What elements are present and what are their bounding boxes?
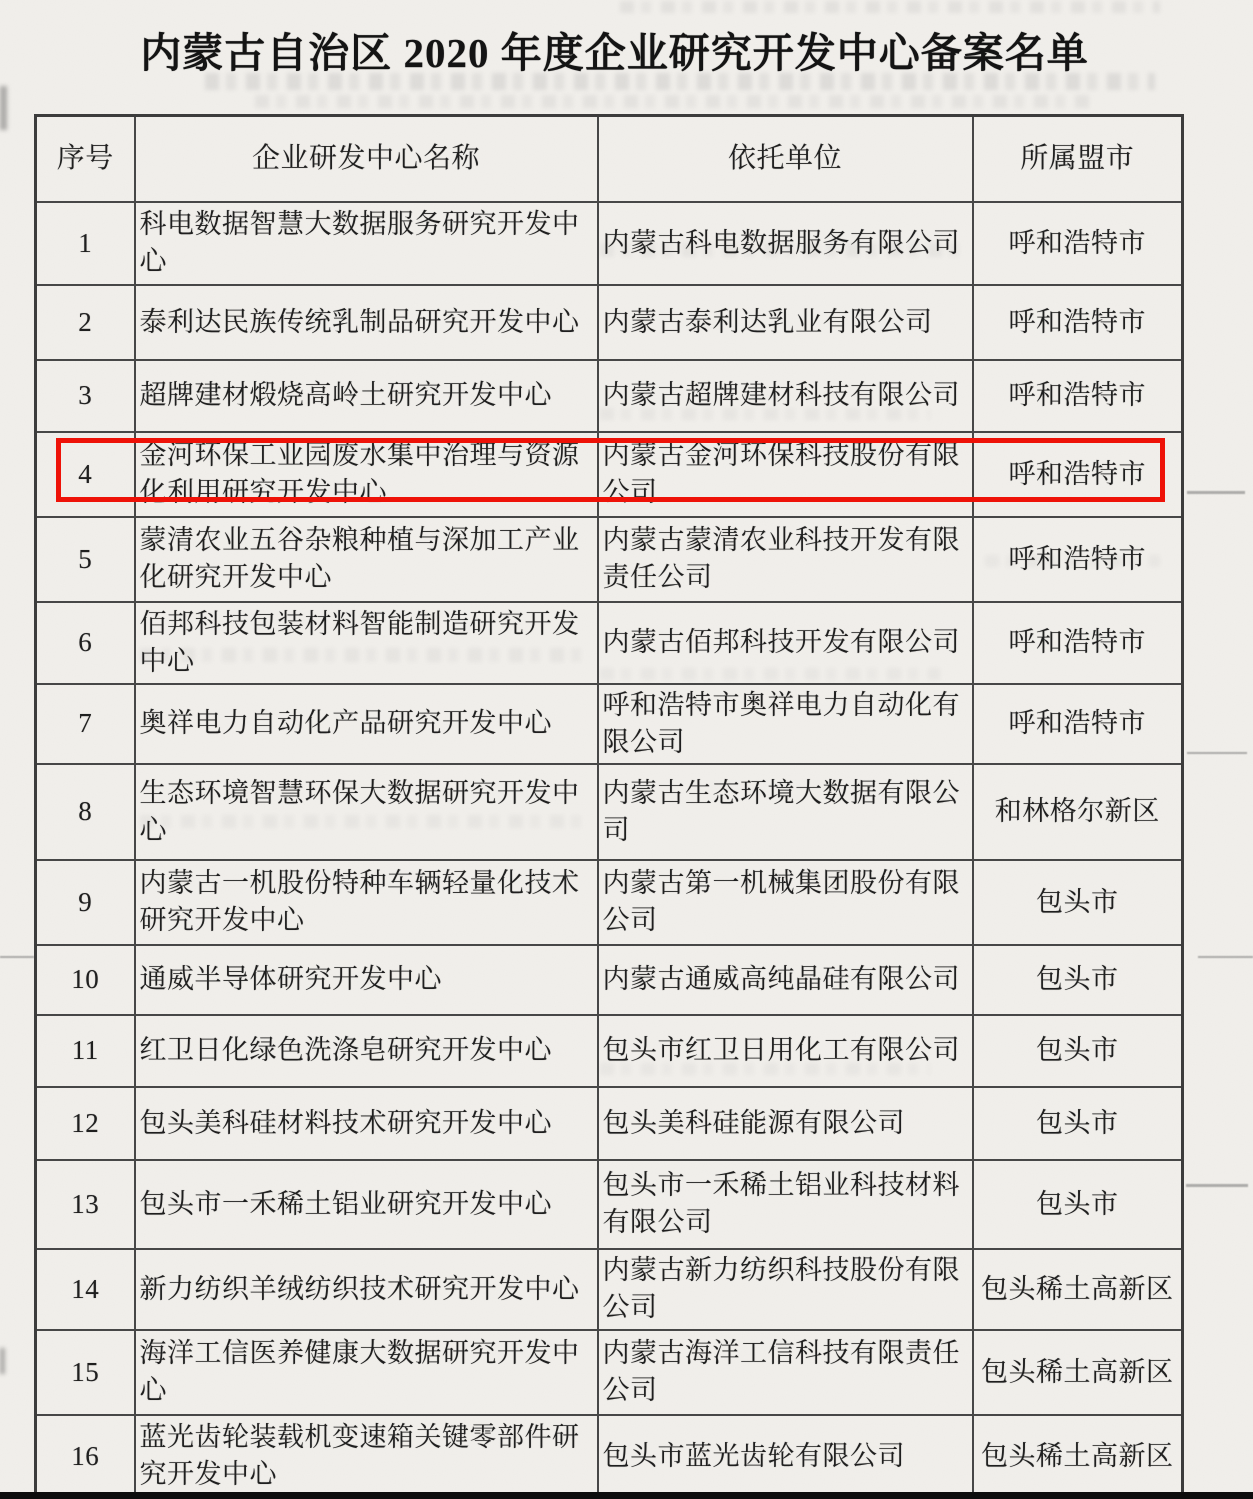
- row-number-cell: 13: [36, 1160, 135, 1249]
- table-row: 9内蒙古一机股份特种车辆轻量化技术研究开发中心内蒙古第一机械集团股份有限公司包头…: [36, 860, 1183, 945]
- league-city-cell: 包头市: [973, 860, 1183, 945]
- center-name-cell: 奥祥电力自动化产品研究开发中心: [135, 684, 598, 764]
- table-row: 3超牌建材煅烧高岭土研究开发中心内蒙古超牌建材科技有限公司呼和浩特市: [36, 360, 1183, 432]
- league-city-cell: 包头市: [973, 1087, 1183, 1160]
- league-city-cell: 呼和浩特市: [973, 285, 1183, 360]
- league-city-cell: 包头市: [973, 1160, 1183, 1249]
- row-number-cell: 9: [36, 860, 135, 945]
- table-row: 12包头美科硅材料技术研究开发中心包头美科硅能源有限公司包头市: [36, 1087, 1183, 1160]
- league-city-cell: 呼和浩特市: [973, 202, 1183, 285]
- bleedthrough-text-smear: [620, 1, 1160, 13]
- row-number-cell: 6: [36, 602, 135, 684]
- scan-line-artifact: [1198, 956, 1253, 958]
- supporting-unit-cell: 内蒙古生态环境大数据有限公司: [598, 764, 973, 860]
- center-name-cell: 红卫日化绿色洗涤皂研究开发中心: [135, 1015, 598, 1087]
- league-city-cell: 包头市: [973, 945, 1183, 1015]
- center-name-cell: 通威半导体研究开发中心: [135, 945, 598, 1015]
- bleedthrough-text-smear: [255, 95, 1095, 108]
- row-number-cell: 1: [36, 202, 135, 285]
- table-row: 1科电数据智慧大数据服务研究开发中心内蒙古科电数据服务有限公司呼和浩特市: [36, 202, 1183, 285]
- supporting-unit-cell: 内蒙古金河环保科技股份有限公司: [598, 432, 973, 517]
- center-name-cell: 蒙清农业五谷杂粮种植与深加工产业化研究开发中心: [135, 517, 598, 602]
- league-city-cell: 包头稀土高新区: [973, 1330, 1183, 1415]
- row-number-cell: 16: [36, 1415, 135, 1499]
- center-name-cell: 超牌建材煅烧高岭土研究开发中心: [135, 360, 598, 432]
- league-city-cell: 呼和浩特市: [973, 517, 1183, 602]
- supporting-unit-cell: 内蒙古泰利达乳业有限公司: [598, 285, 973, 360]
- supporting-unit-cell: 呼和浩特市奥祥电力自动化有限公司: [598, 684, 973, 764]
- scanned-document-page: 内蒙古自治区 2020 年度企业研究开发中心备案名单 序号 企业研发中心名称 依…: [0, 0, 1253, 1499]
- center-name-cell: 新力纺织羊绒纺织技术研究开发中心: [135, 1249, 598, 1330]
- supporting-unit-cell: 内蒙古蒙清农业科技开发有限责任公司: [598, 517, 973, 602]
- league-city-cell: 包头市: [973, 1015, 1183, 1087]
- col-header-index: 序号: [36, 116, 135, 202]
- edge-smudge-artifact: [0, 86, 7, 130]
- league-city-cell: 包头稀土高新区: [973, 1415, 1183, 1499]
- table-row: 13包头市一禾稀土铝业研究开发中心包头市一禾稀土铝业科技材料有限公司包头市: [36, 1160, 1183, 1249]
- supporting-unit-cell: 内蒙古科电数据服务有限公司: [598, 202, 973, 285]
- center-name-cell: 海洋工信医养健康大数据研究开发中心: [135, 1330, 598, 1415]
- table-row: 10通威半导体研究开发中心内蒙古通威高纯晶硅有限公司包头市: [36, 945, 1183, 1015]
- center-name-cell: 内蒙古一机股份特种车辆轻量化技术研究开发中心: [135, 860, 598, 945]
- table-row: 2泰利达民族传统乳制品研究开发中心内蒙古泰利达乳业有限公司呼和浩特市: [36, 285, 1183, 360]
- rd-center-table: 序号 企业研发中心名称 依托单位 所属盟市 1科电数据智慧大数据服务研究开发中心…: [34, 114, 1184, 1499]
- center-name-cell: 包头市一禾稀土铝业研究开发中心: [135, 1160, 598, 1249]
- table-row: 15海洋工信医养健康大数据研究开发中心内蒙古海洋工信科技有限责任公司包头稀土高新…: [36, 1330, 1183, 1415]
- supporting-unit-cell: 包头市一禾稀土铝业科技材料有限公司: [598, 1160, 973, 1249]
- center-name-cell: 佰邦科技包装材料智能制造研究开发中心: [135, 602, 598, 684]
- scan-line-artifact: [1187, 491, 1245, 494]
- league-city-cell: 呼和浩特市: [973, 360, 1183, 432]
- col-header-league-city: 所属盟市: [973, 116, 1183, 202]
- scan-line-artifact: [1187, 752, 1247, 754]
- supporting-unit-cell: 包头美科硅能源有限公司: [598, 1087, 973, 1160]
- league-city-cell: 包头稀土高新区: [973, 1249, 1183, 1330]
- row-number-cell: 12: [36, 1087, 135, 1160]
- col-header-supporting-unit: 依托单位: [598, 116, 973, 202]
- table-row: 16蓝光齿轮装载机变速箱关键零部件研究开发中心包头市蓝光齿轮有限公司包头稀土高新…: [36, 1415, 1183, 1499]
- row-number-cell: 8: [36, 764, 135, 860]
- table-row: 4金河环保工业园废水集中治理与资源化利用研究开发中心内蒙古金河环保科技股份有限公…: [36, 432, 1183, 517]
- center-name-cell: 泰利达民族传统乳制品研究开发中心: [135, 285, 598, 360]
- table-row: 14新力纺织羊绒纺织技术研究开发中心内蒙古新力纺织科技股份有限公司包头稀土高新区: [36, 1249, 1183, 1330]
- row-number-cell: 10: [36, 945, 135, 1015]
- supporting-unit-cell: 内蒙古通威高纯晶硅有限公司: [598, 945, 973, 1015]
- league-city-cell: 和林格尔新区: [973, 764, 1183, 860]
- supporting-unit-cell: 内蒙古超牌建材科技有限公司: [598, 360, 973, 432]
- scan-edge-bottom: [0, 1492, 1253, 1499]
- table-row: 7奥祥电力自动化产品研究开发中心呼和浩特市奥祥电力自动化有限公司呼和浩特市: [36, 684, 1183, 764]
- center-name-cell: 金河环保工业园废水集中治理与资源化利用研究开发中心: [135, 432, 598, 517]
- row-number-cell: 14: [36, 1249, 135, 1330]
- row-number-cell: 11: [36, 1015, 135, 1087]
- table-row: 8生态环境智慧环保大数据研究开发中心内蒙古生态环境大数据有限公司和林格尔新区: [36, 764, 1183, 860]
- row-number-cell: 2: [36, 285, 135, 360]
- page-title: 内蒙古自治区 2020 年度企业研究开发中心备案名单: [0, 20, 1241, 79]
- table-row: 11红卫日化绿色洗涤皂研究开发中心包头市红卫日用化工有限公司包头市: [36, 1015, 1183, 1087]
- scan-line-artifact: [1186, 1184, 1248, 1187]
- supporting-unit-cell: 内蒙古第一机械集团股份有限公司: [598, 860, 973, 945]
- scan-line-artifact: [0, 956, 34, 958]
- supporting-unit-cell: 包头市红卫日用化工有限公司: [598, 1015, 973, 1087]
- league-city-cell: 呼和浩特市: [973, 602, 1183, 684]
- row-number-cell: 3: [36, 360, 135, 432]
- league-city-cell: 呼和浩特市: [973, 684, 1183, 764]
- edge-smudge-artifact: [0, 1348, 5, 1374]
- row-number-cell: 7: [36, 684, 135, 764]
- center-name-cell: 科电数据智慧大数据服务研究开发中心: [135, 202, 598, 285]
- header-row: 序号 企业研发中心名称 依托单位 所属盟市: [36, 116, 1183, 202]
- col-header-center-name: 企业研发中心名称: [135, 116, 598, 202]
- center-name-cell: 包头美科硅材料技术研究开发中心: [135, 1087, 598, 1160]
- supporting-unit-cell: 内蒙古海洋工信科技有限责任公司: [598, 1330, 973, 1415]
- table-row: 5蒙清农业五谷杂粮种植与深加工产业化研究开发中心内蒙古蒙清农业科技开发有限责任公…: [36, 517, 1183, 602]
- league-city-cell: 呼和浩特市: [973, 432, 1183, 517]
- supporting-unit-cell: 内蒙古新力纺织科技股份有限公司: [598, 1249, 973, 1330]
- row-number-cell: 5: [36, 517, 135, 602]
- row-number-cell: 4: [36, 432, 135, 517]
- center-name-cell: 生态环境智慧环保大数据研究开发中心: [135, 764, 598, 860]
- supporting-unit-cell: 包头市蓝光齿轮有限公司: [598, 1415, 973, 1499]
- center-name-cell: 蓝光齿轮装载机变速箱关键零部件研究开发中心: [135, 1415, 598, 1499]
- row-number-cell: 15: [36, 1330, 135, 1415]
- supporting-unit-cell: 内蒙古佰邦科技开发有限公司: [598, 602, 973, 684]
- table-row: 6佰邦科技包装材料智能制造研究开发中心内蒙古佰邦科技开发有限公司呼和浩特市: [36, 602, 1183, 684]
